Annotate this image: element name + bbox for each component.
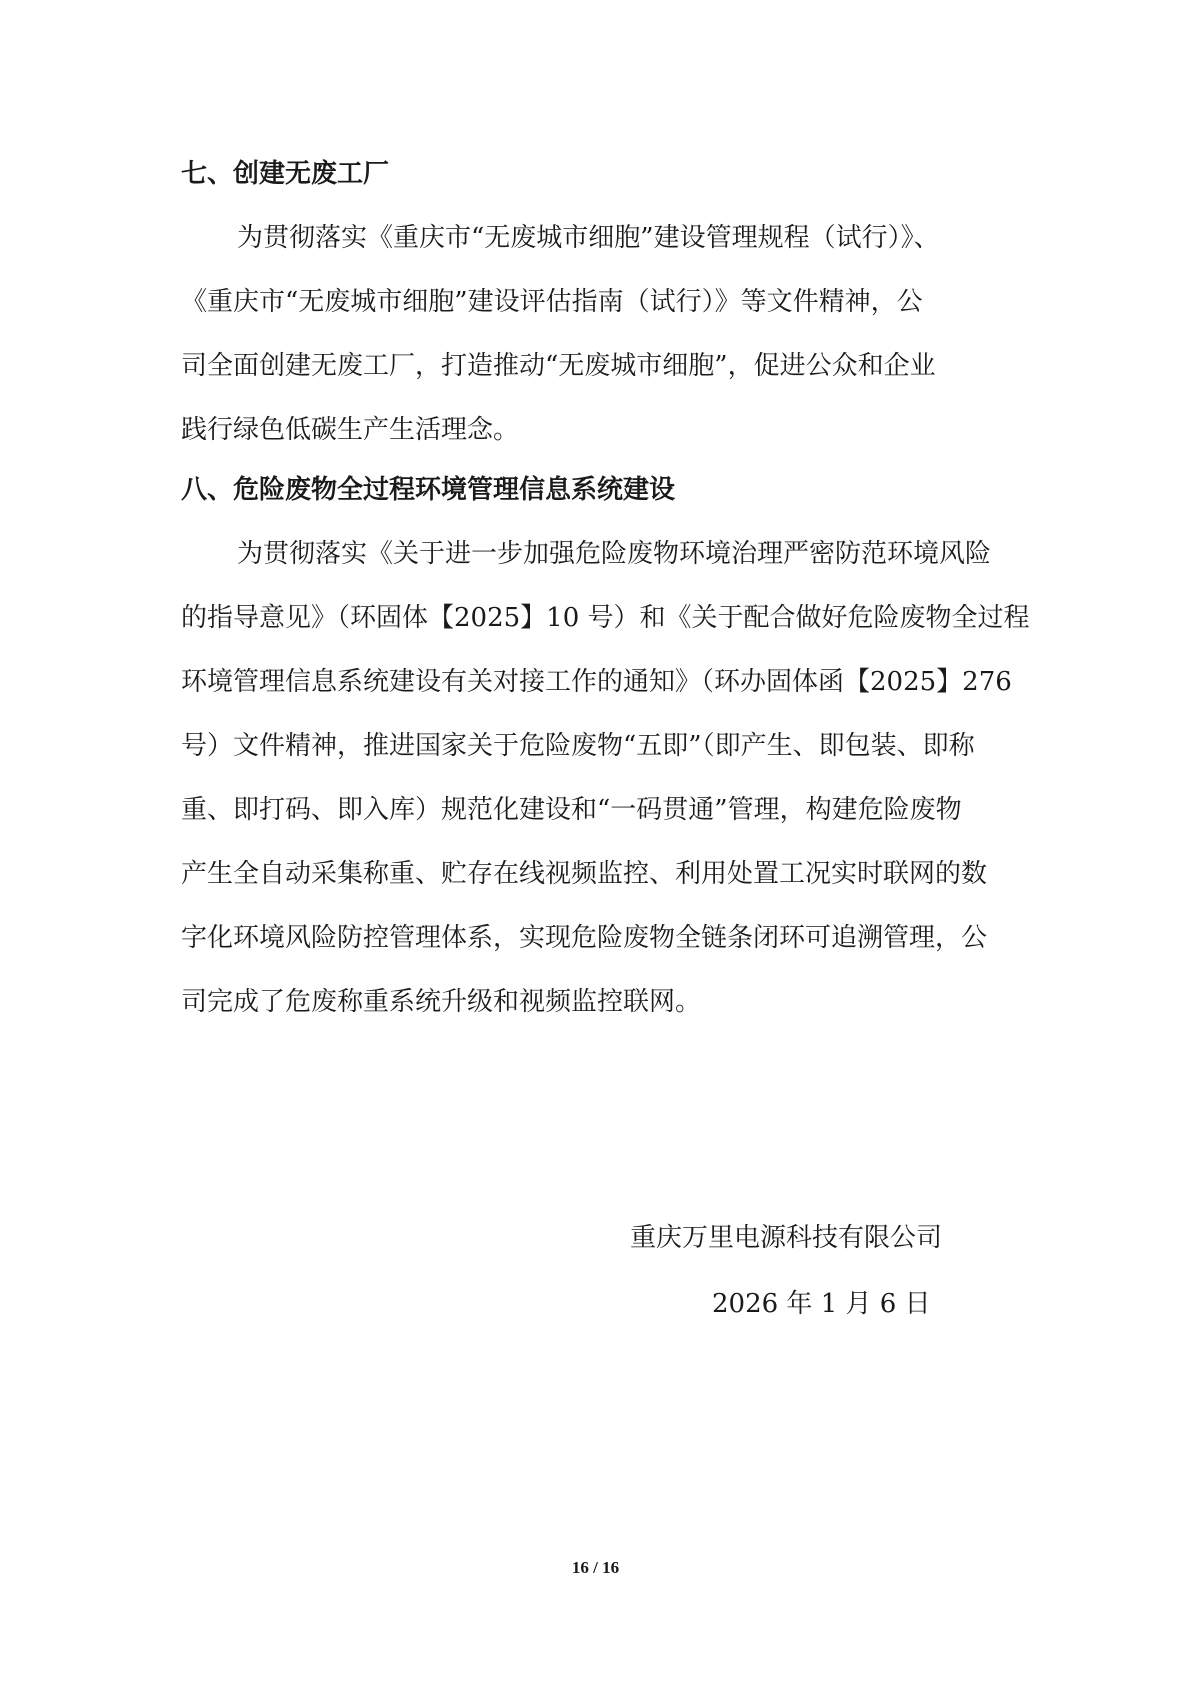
section-8-heading: 八、危险废物全过程环境管理信息系统建设 <box>181 474 675 506</box>
section-8-paragraph-line: 号）文件精神，推进国家关于危险废物“五即”（即产生、即包装、即称 <box>181 730 975 762</box>
section-8-paragraph-line: 为贯彻落实《关于进一步加强危险废物环境治理严密防范环境风险 <box>237 538 991 570</box>
section-7-heading: 七、创建无废工厂 <box>181 158 389 190</box>
section-8-paragraph-line: 产生全自动采集称重、贮存在线视频监控、利用处置工况实时联网的数 <box>181 858 987 890</box>
section-7-paragraph-line: 践行绿色低碳生产生活理念。 <box>181 414 519 446</box>
section-7-paragraph-line: 《重庆市“无废城市细胞”建设评估指南（试行）》等文件精神，公 <box>181 286 923 318</box>
section-7-paragraph-line: 为贯彻落实《重庆市“无废城市细胞”建设管理规程（试行）》、 <box>237 222 940 254</box>
section-7-paragraph-line: 司全面创建无废工厂，打造推动“无废城市细胞”，促进公众和企业 <box>181 350 936 382</box>
signature-date: 2026 年 1 月 6 日 <box>712 1288 931 1320</box>
page-number: 16 / 16 <box>0 1558 1191 1578</box>
section-8-paragraph-line: 重、即打码、即入库）规范化建设和“一码贯通”管理，构建危险废物 <box>181 794 962 826</box>
section-8-paragraph-line: 环境管理信息系统建设有关对接工作的通知》（环办固体函【2025】276 <box>181 666 1012 698</box>
section-8-paragraph-line: 司完成了危废称重系统升级和视频监控联网。 <box>181 986 701 1018</box>
section-8-paragraph-line: 的指导意见》（环固体【2025】10 号）和《关于配合做好危险废物全过程 <box>181 602 1030 634</box>
section-8-paragraph-line: 字化环境风险防控管理体系，实现危险废物全链条闭环可追溯管理，公 <box>181 922 987 954</box>
signature-company: 重庆万里电源科技有限公司 <box>630 1222 942 1254</box>
